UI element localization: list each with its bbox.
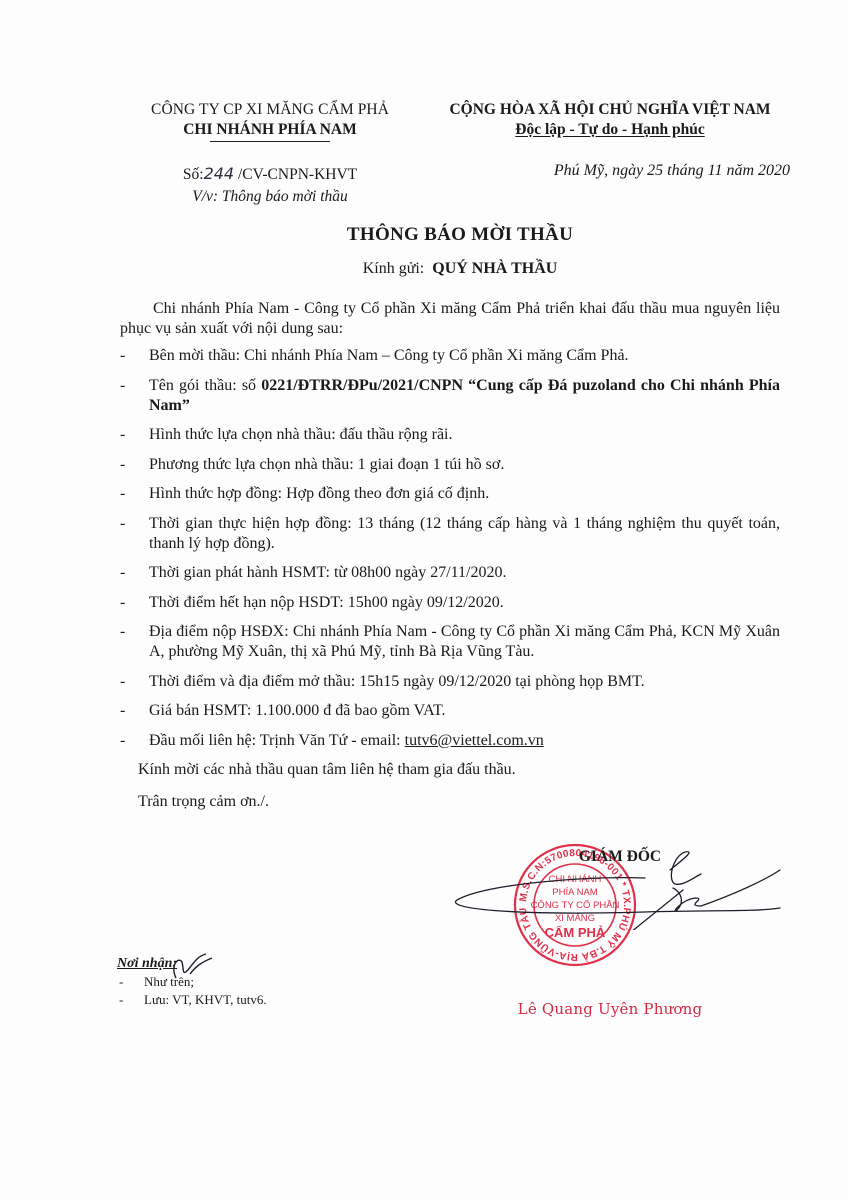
place-date: Phú Mỹ, ngày 25 tháng 11 năm 2020 (430, 162, 790, 180)
document-number-block: Số:244 /CV-CNPN-KHVT V/v: Thông báo mời … (120, 163, 420, 208)
document-number: Số:244 /CV-CNPN-KHVT (120, 163, 420, 186)
bullet-dash: - (120, 376, 125, 396)
document-subject: V/v: Thông báo mời thầu (120, 186, 420, 208)
document-body: Chi nhánh Phía Nam - Công ty Cổ phần Xi … (120, 299, 780, 812)
intro-paragraph: Chi nhánh Phía Nam - Công ty Cổ phần Xi … (120, 299, 780, 339)
signer-name: Lê Quang Uyên Phương (500, 1000, 720, 1018)
list-item: -Thời điểm hết hạn nộp HSDT: 15h00 ngày … (120, 593, 780, 613)
list-item: -Tên gói thầu: số 0221/ĐTRR/ĐPu/2021/CNP… (120, 376, 780, 416)
bullet-dash: - (120, 346, 125, 366)
bullet-dash: - (119, 973, 123, 991)
list-item: -Bên mời thầu: Chi nhánh Phía Nam – Công… (120, 346, 780, 366)
list-item: -Hình thức hợp đồng: Hợp đồng theo đơn g… (120, 484, 780, 504)
bullet-dash: - (119, 991, 123, 1009)
list-item-text: Giá bán HSMT: 1.100.000 đ đã bao gồm VAT… (149, 702, 446, 719)
list-item-text: Phương thức lựa chọn nhà thầu: 1 giai đo… (149, 456, 504, 473)
list-item-text: Thời gian thực hiện hợp đồng: 13 tháng (… (149, 515, 780, 552)
list-item-text: Hình thức lựa chọn nhà thầu: đấu thầu rộ… (149, 426, 452, 443)
doc-number-handwritten: 244 (204, 164, 235, 183)
initials-signature (168, 952, 218, 980)
list-item-text: Thời điểm và địa điểm mở thầu: 15h15 ngà… (149, 673, 645, 690)
list-item: -Phương thức lựa chọn nhà thầu: 1 giai đ… (120, 455, 780, 475)
salutation-prefix: Kính gửi: (363, 260, 425, 277)
bullet-dash: - (120, 622, 125, 642)
nation-title: CỘNG HÒA XÃ HỘI CHỦ NGHĨA VIỆT NAM (425, 100, 795, 120)
company-name: CÔNG TY CP XI MĂNG CẨM PHẢ (120, 100, 420, 120)
issuer-block: CÔNG TY CP XI MĂNG CẨM PHẢ CHI NHÁNH PHÍ… (120, 100, 420, 142)
bullet-dash: - (120, 455, 125, 475)
list-item: -Thời gian phát hành HSMT: từ 08h00 ngày… (120, 563, 780, 583)
national-motto: Độc lập - Tự do - Hạnh phúc (425, 120, 795, 140)
bullet-dash: - (120, 672, 125, 692)
recipient-item: -Như trên; (117, 973, 417, 991)
bullet-dash: - (120, 701, 125, 721)
bullet-dash: - (120, 514, 125, 534)
salutation: Kính gửi: QUÝ NHÀ THẦU (120, 260, 800, 278)
list-item: -Thời gian thực hiện hợp đồng: 13 tháng … (120, 514, 780, 554)
doc-number-suffix: /CV-CNPN-KHVT (234, 166, 357, 183)
bullet-dash: - (120, 563, 125, 583)
handwritten-signature (445, 840, 785, 930)
details-list: -Bên mời thầu: Chi nhánh Phía Nam – Công… (120, 346, 780, 751)
branch-underline (210, 141, 330, 142)
recipients-label: Nơi nhận: (117, 955, 417, 973)
salutation-recipient: QUÝ NHÀ THẦU (432, 260, 557, 277)
recipient-item: -Lưu: VT, KHVT, tutv6. (117, 991, 417, 1009)
bullet-dash: - (120, 731, 125, 751)
list-item: -Địa điểm nộp HSĐX: Chi nhánh Phía Nam -… (120, 622, 780, 662)
list-item-text: Thời điểm hết hạn nộp HSDT: 15h00 ngày 0… (149, 594, 504, 611)
document-page: CÔNG TY CP XI MĂNG CẨM PHẢ CHI NHÁNH PHÍ… (0, 0, 848, 1200)
list-item: -Hình thức lựa chọn nhà thầu: đấu thầu r… (120, 425, 780, 445)
list-item-text: Đầu mối liên hệ: Trịnh Văn Tứ - email: (149, 732, 405, 749)
list-item-text: Tên gói thầu: số (149, 377, 261, 394)
recipients-list: -Như trên;-Lưu: VT, KHVT, tutv6. (117, 973, 417, 1009)
list-item-text: Bên mời thầu: Chi nhánh Phía Nam – Công … (149, 347, 629, 364)
list-item-text: Địa điểm nộp HSĐX: Chi nhánh Phía Nam - … (149, 623, 780, 660)
list-item: -Giá bán HSMT: 1.100.000 đ đã bao gồm VA… (120, 701, 780, 721)
national-header: CỘNG HÒA XÃ HỘI CHỦ NGHĨA VIỆT NAM Độc l… (425, 100, 795, 140)
doc-number-prefix: Số: (183, 166, 204, 183)
list-item-text: Hình thức hợp đồng: Hợp đồng theo đơn gi… (149, 485, 489, 502)
bullet-dash: - (120, 425, 125, 445)
list-item: -Thời điểm và địa điểm mở thầu: 15h15 ng… (120, 672, 780, 692)
closing-thanks: Trân trọng cảm ơn./. (120, 792, 780, 812)
recipient-text: Lưu: VT, KHVT, tutv6. (144, 992, 267, 1007)
list-item: -Đầu mối liên hệ: Trịnh Văn Tứ - email: … (120, 731, 780, 751)
document-title: THÔNG BÁO MỜI THẦU (120, 224, 800, 246)
contact-email-link[interactable]: tutv6@viettel.com.vn (405, 732, 544, 749)
list-item-text: Thời gian phát hành HSMT: từ 08h00 ngày … (149, 564, 507, 581)
branch-name-text: CHI NHÁNH PHÍA NAM (183, 121, 357, 138)
bullet-dash: - (120, 484, 125, 504)
bullet-dash: - (120, 593, 125, 613)
motto-text: Độc lập - Tự do - Hạnh phúc (515, 121, 704, 138)
branch-name: CHI NHÁNH PHÍA NAM (120, 120, 420, 140)
recipients-block: Nơi nhận: -Như trên;-Lưu: VT, KHVT, tutv… (117, 955, 417, 1009)
closing-invitation: Kính mời các nhà thầu quan tâm liên hệ t… (120, 760, 780, 780)
